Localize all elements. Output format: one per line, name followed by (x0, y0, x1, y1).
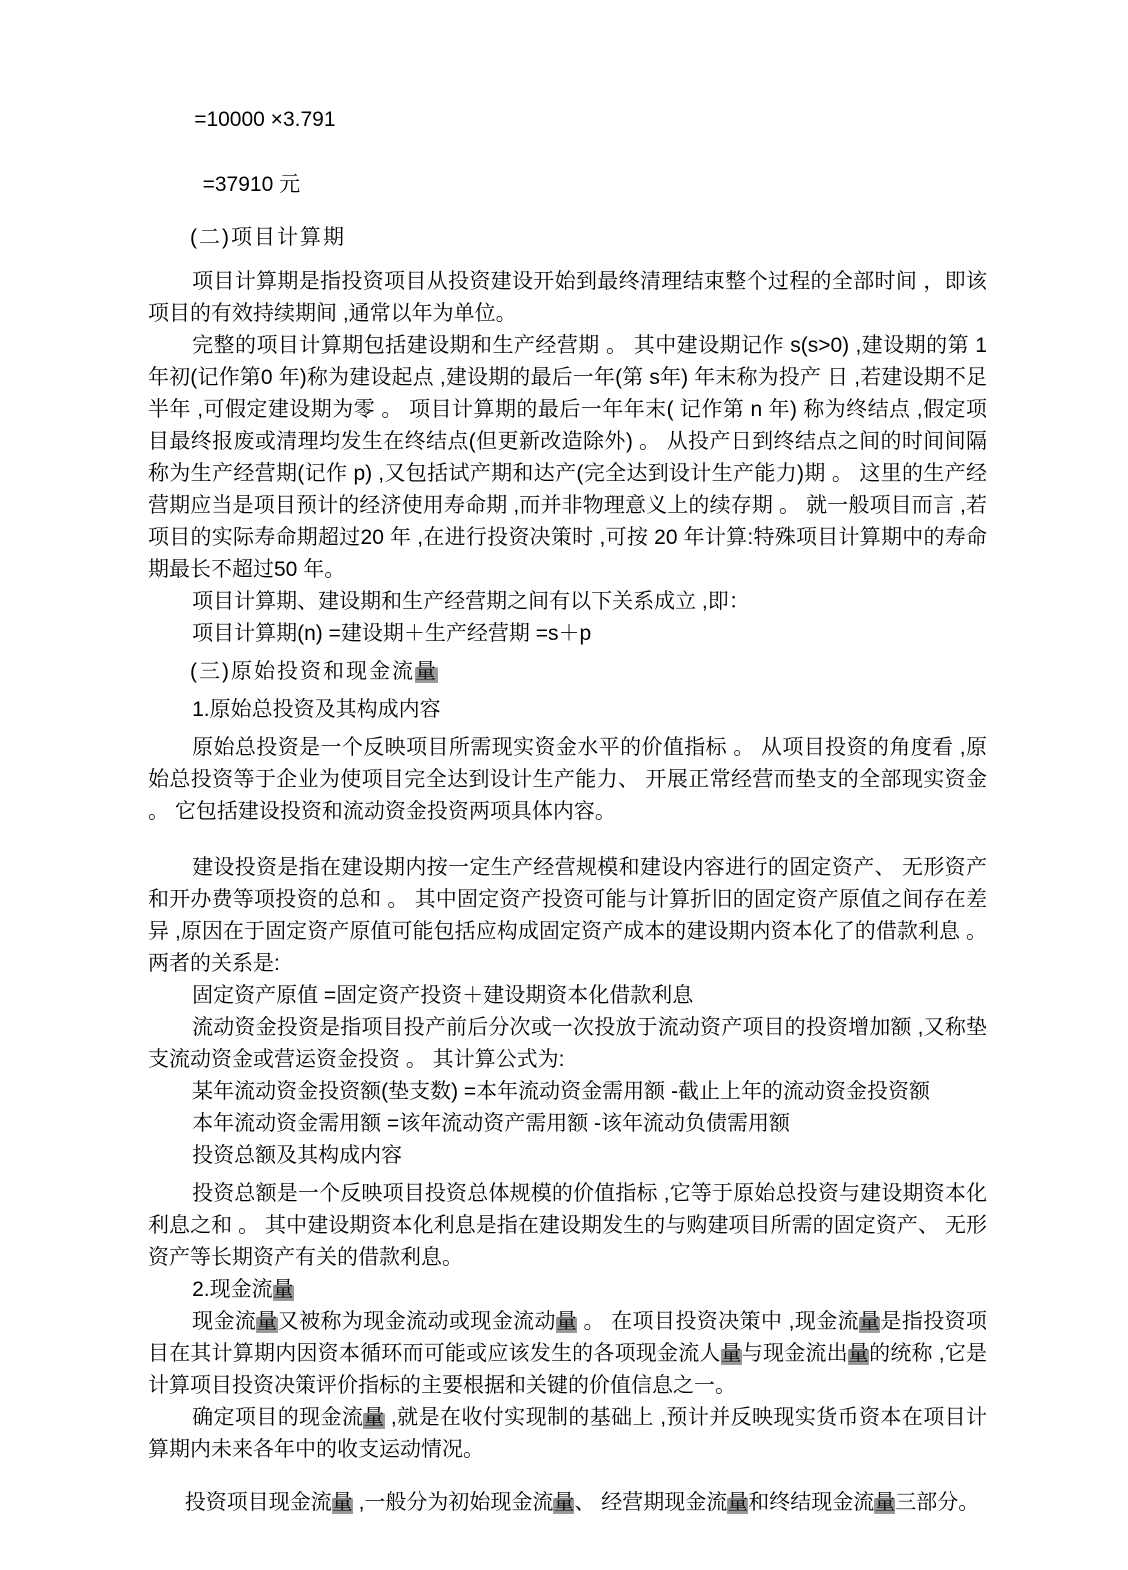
shaded-char: 量 (727, 1491, 748, 1514)
shaded-char: 量 (256, 1310, 277, 1333)
paragraph: 投资总额及其构成内容 (148, 1140, 987, 1172)
shaded-char: 量 (848, 1342, 869, 1365)
shaded-char: 量 (363, 1406, 384, 1429)
paragraph: 项目计算期(n) =建设期＋生产经营期 =s＋p (148, 618, 987, 650)
paragraph: 投资总额是一个反映项目投资总体规模的价值指标 ,它等于原始总投资与建设期资本化利… (148, 1178, 987, 1274)
section-heading: (三)原始投资和现金流量 (148, 656, 987, 688)
paragraph: 确定项目的现金流量 ,就是在收付实现制的基础上 ,预计并反映现实货币资本在项目计… (148, 1402, 987, 1466)
paragraph: 投资项目现金流量 ,一般分为初始现金流量、 经营期现金流量和终结现金流量三部分。 (148, 1487, 987, 1519)
shaded-char: 量 (556, 1310, 577, 1333)
paragraph: 流动资金投资是指项目投产前后分次或一次投放于流动资产项目的投资增加额 ,又称垫支… (148, 1012, 987, 1076)
paragraph: 项目计算期是指投资项目从投资建设开始到最终清理结束整个过程的全部时间 ，即该项目… (148, 266, 987, 330)
paragraph: 2.现金流量 (148, 1274, 987, 1306)
document-page: =10000 ×3.791=37910 元(二)项目计算期项目计算期是指投资项目… (0, 0, 1128, 1570)
shaded-char: 量 (273, 1278, 294, 1301)
paragraph: 1.原始总投资及其构成内容 (148, 694, 987, 726)
shaded-char: 量 (332, 1491, 353, 1514)
shaded-char: 量 (859, 1310, 880, 1333)
paragraph: 建设投资是指在建设期内按一定生产经营规模和建设内容进行的固定资产、 无形资产和开… (148, 852, 987, 980)
paragraph: 某年流动资金投资额(垫支数) =本年流动资金需用额 -截止上年的流动资金投资额 (148, 1076, 987, 1108)
formula-line: =37910 元 (148, 169, 987, 201)
document-body: =10000 ×3.791=37910 元(二)项目计算期项目计算期是指投资项目… (148, 104, 987, 1519)
shaded-char: 量 (874, 1491, 895, 1514)
paragraph: 完整的项目计算期包括建设期和生产经营期 。 其中建设期记作 s(s>0) ,建设… (148, 330, 987, 586)
paragraph: 现金流量又被称为现金流动或现金流动量 。 在项目投资决策中 ,现金流量是指投资项… (148, 1306, 987, 1402)
shaded-char: 量 (553, 1491, 574, 1514)
shaded-char: 量 (721, 1342, 742, 1365)
shaded-char: 量 (415, 660, 438, 683)
paragraph: 原始总投资是一个反映项目所需现实资金水平的价值指标 。 从项目投资的角度看 ,原… (148, 732, 987, 828)
paragraph: 固定资产原值 =固定资产投资＋建设期资本化借款利息 (148, 980, 987, 1012)
section-heading: (二)项目计算期 (148, 222, 987, 254)
formula-line: =10000 ×3.791 (148, 104, 987, 136)
paragraph: 本年流动资金需用额 =该年流动资产需用额 -该年流动负债需用额 (148, 1108, 987, 1140)
paragraph: 项目计算期、建设期和生产经营期之间有以下关系成立 ,即： (148, 586, 987, 618)
